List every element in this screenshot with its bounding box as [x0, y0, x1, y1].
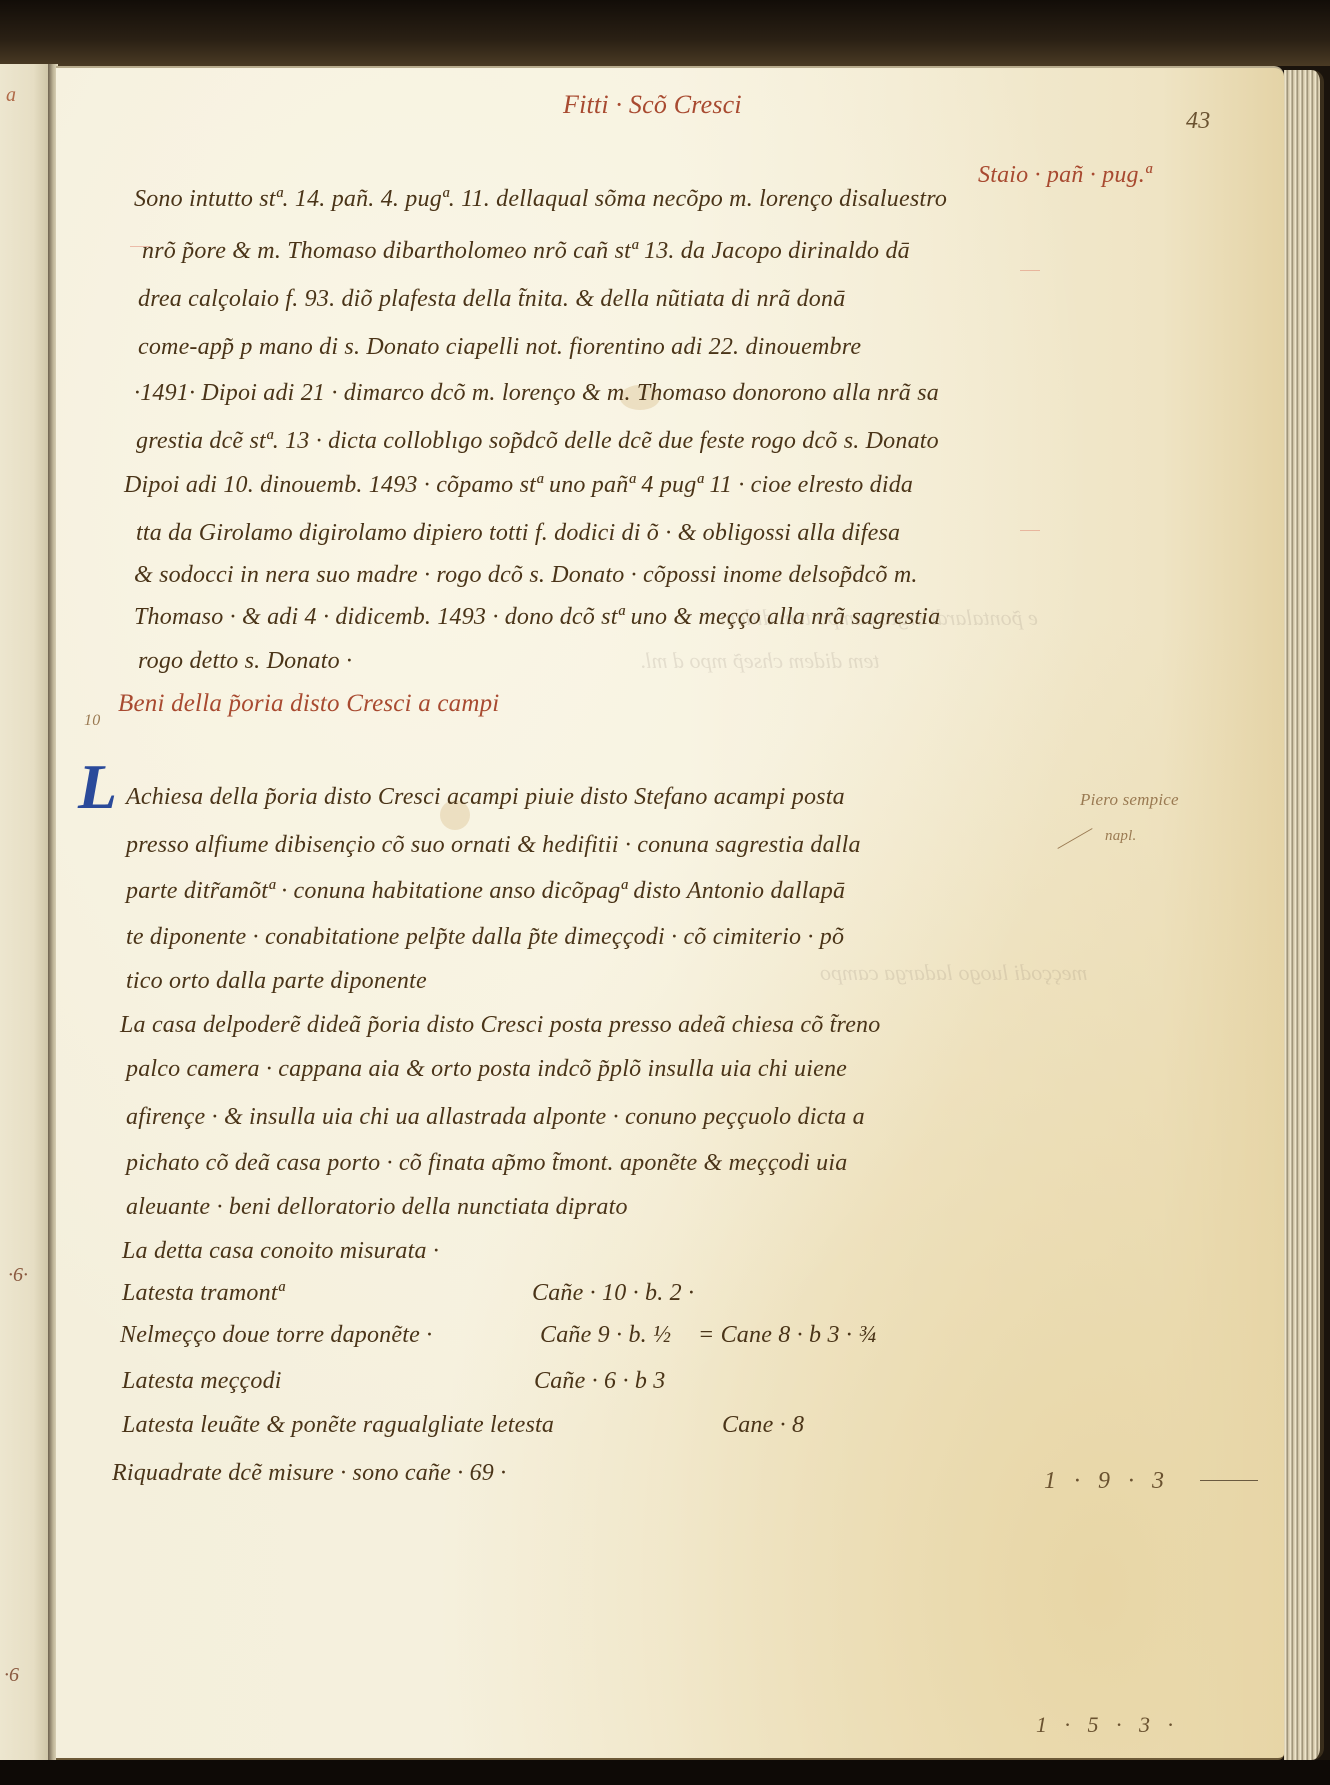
measure-label: Latesta tramontª [122, 1280, 285, 1307]
measure-label: Latesta meççodi [122, 1368, 282, 1395]
running-header: Fitti · Scõ Cresci [563, 90, 742, 120]
book-binding-top [0, 0, 1330, 66]
show-through-text: meççodi luogo ladarga campo [820, 960, 1087, 986]
text-line: pichato cõ deã casa porto · cõ finata ap… [126, 1150, 847, 1177]
left-page-number-6: ·6· [8, 1264, 28, 1287]
section-heading-rubric: Beni della p̃oria disto Cresci a campi [118, 690, 499, 718]
margin-number-10: 10 [84, 712, 100, 730]
manuscript-page [56, 66, 1284, 1760]
text-line: Sono intutto stª. 14. pañ. 4. pugª. 11. … [134, 186, 947, 213]
left-page-mark: a [6, 84, 16, 107]
measure-value: Cañe · 6 · b 3 [534, 1368, 665, 1395]
text-line: & sodocci in nera suo madre · rogo dcõ s… [134, 562, 918, 589]
text-line: aleuante · beni delloratorio della nunct… [126, 1194, 628, 1221]
measure-intro: La detta casa conoito misurata · [122, 1238, 439, 1265]
text-line: nrõ p̃ore & m. Thomaso dibartholomeo nrõ… [142, 238, 910, 265]
text-line: Thomaso · & adi 4 · didicemb. 1493 · don… [134, 604, 940, 631]
text-line: parte ditr̃amõtª · conuna habitatione an… [126, 878, 845, 905]
text-line: Achiesa della p̃oria disto Cresci acampi… [126, 784, 845, 811]
text-line: presso alfiume dibisençio cõ suo ornati … [126, 832, 861, 859]
margin-sum-stroke [1200, 1480, 1258, 1481]
total-line: Riquadrate dcẽ misure · sono cañe · 69 · [112, 1460, 506, 1487]
text-line: afirençe · & insulla uia chi ua allastra… [126, 1104, 865, 1131]
facing-page-left: a ·6· ·6 [0, 64, 50, 1764]
text-line: rogo detto s. Donato · [138, 648, 352, 675]
text-line: tta da Girolamo digirolamo dipiero totti… [136, 520, 900, 547]
left-page-number-6b: ·6 [4, 1664, 19, 1687]
folio-number: 43 [1186, 108, 1210, 135]
text-line: La casa delpoderẽ dideã p̃oria disto Cre… [120, 1012, 880, 1039]
bottom-margin-sum: 1 · 5 · 3 · [1036, 1712, 1179, 1738]
column-heading: Staio · pañ · pug.ª [978, 162, 1152, 189]
margin-note-name: Piero sempice [1080, 790, 1179, 810]
measure-extra: = Cane 8 · b 3 · ¾ [698, 1322, 876, 1349]
measure-value: Cane · 8 [722, 1412, 804, 1439]
margin-note-sub: napl. [1105, 828, 1136, 845]
ruling-mark [1020, 530, 1040, 531]
text-line: ·1491· Dipoi adi 21 · dimarco dcõ m. lor… [134, 380, 939, 407]
ruling-mark [1020, 270, 1040, 271]
book-binding-bottom [0, 1760, 1330, 1785]
measure-label: Nelmeçço doue torre daponẽte · [120, 1322, 432, 1349]
text-line: grestia dcẽ stª. 13 · dicta colloblıgo s… [136, 428, 939, 455]
text-line: te diponente · conabitatione pelp̃te dal… [126, 924, 844, 951]
page-fore-edge [1284, 70, 1324, 1760]
text-line: Dipoi adi 10. dinouemb. 1493 · cõpamo st… [124, 472, 913, 499]
measure-value: Cañe 9 · b. ½ [540, 1322, 671, 1349]
margin-sum: 1 · 9 · 3 [1044, 1468, 1170, 1495]
measure-value: Cañe · 10 · b. 2 · [532, 1280, 694, 1307]
measure-label: Latesta leuãte & ponẽte ragualgliate let… [122, 1412, 554, 1439]
text-line: tico orto dalla parte diponente [126, 968, 427, 995]
text-line: come-app̃ p mano di s. Donato ciapelli n… [138, 334, 861, 361]
text-line: drea calçolaio f. 93. diõ plafesta della… [138, 286, 845, 313]
show-through-text: tem didem chsep̃ mpo d ml. [640, 648, 880, 674]
text-line: palco camera · cappana aia & orto posta … [126, 1056, 847, 1083]
decorated-initial: L [78, 750, 117, 824]
